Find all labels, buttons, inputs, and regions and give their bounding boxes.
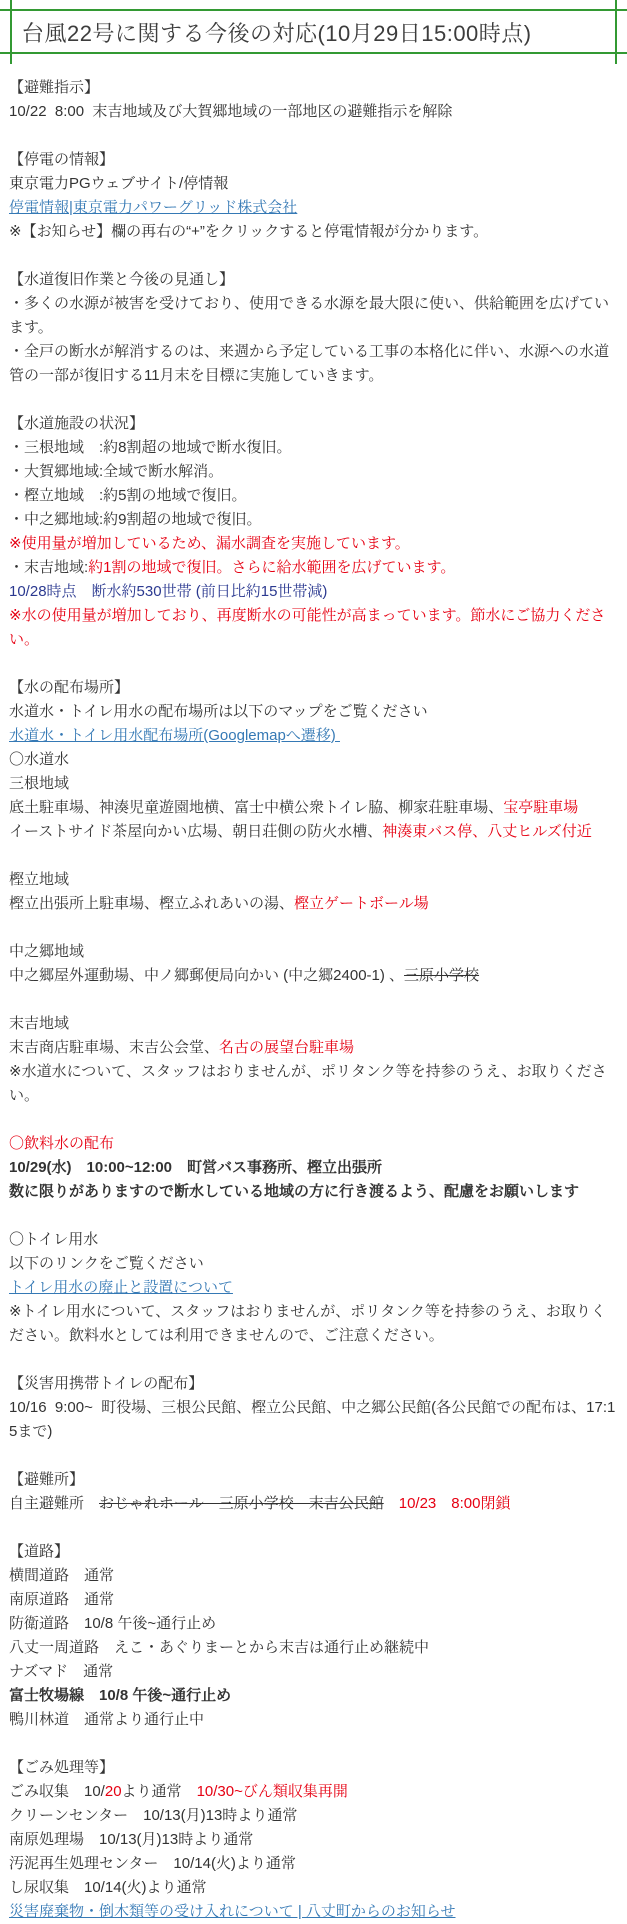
text-segment: 20 <box>105 1783 122 1800</box>
text-line: 八丈一周道路 えこ・あぐりまーとから末吉は通行止め継続中 <box>9 1636 618 1660</box>
text-line: 10/29(水) 10:00~12:00 町営バス事務所、樫立出張所 <box>9 1156 618 1180</box>
title-box-border-right <box>615 0 617 64</box>
text-segment: イーストサイド茶屋向かい広場、朝日荘側の防火水槽、 <box>9 823 382 840</box>
section-roads: 【道路】横間道路 通常南原道路 通常防衛道路 10/8 午後~通行止め八丈一周道… <box>9 1540 618 1732</box>
text-line: 底土駐車場、神湊児童遊園地横、富士中横公衆トイレ脇、柳家荘駐車場、宝亭駐車場 <box>9 796 618 820</box>
text-segment: 10/30~びん類収集再開 <box>197 1783 348 1800</box>
text-line: ・全戸の断水が解消するのは、来週から予定している工事の本格化に伴い、水源への水道… <box>9 340 618 388</box>
text-line: 【災害用携帯トイレの配布】 <box>9 1372 618 1396</box>
text-line: 東京電力PGウェブサイト/停情報 <box>9 172 618 196</box>
text-segment: 三原小学校 <box>404 967 479 984</box>
text-segment: 【災害用携帯トイレの配布】 <box>9 1375 203 1392</box>
text-segment: 【水道復旧作業と今後の見通し】 <box>9 271 234 288</box>
text-segment: 末吉地域 <box>9 1015 69 1032</box>
text-segment: ・末吉地域: <box>9 559 88 576</box>
section-sueyoshi-area: 末吉地域末吉商店駐車場、末吉公会堂、名古の展望台駐車場※水道水について、スタッフ… <box>9 1012 618 1108</box>
content: 【避難指示】10/22 8:00 末吉地域及び大賀郷地域の一部地区の避難指示を解… <box>0 64 627 1924</box>
disaster-waste-link[interactable]: 災害廃棄物・倒木類等の受け入れについて | 八丈町からのお知らせ <box>9 1903 456 1920</box>
text-line: 【停電の情報】 <box>9 148 618 172</box>
section-water-facility-status: 【水道施設の状況】・三根地域 :約8割超の地域で断水復旧。・大賀郷地域:全域で断… <box>9 412 618 652</box>
text-line: 〇飲料水の配布 <box>9 1132 618 1156</box>
title-box-border-left <box>10 0 12 64</box>
text-segment: 〇トイレ用水 <box>9 1231 98 1248</box>
text-segment: 数に限りがありますので断水している地域の方に行き渡るよう、配慮をお願いします <box>9 1183 579 1200</box>
text-segment: 樫立出張所上駐車場、樫立ふれあいの湯、 <box>9 895 294 912</box>
text-segment: ※水道水について、スタッフはおりませんが、ポリタンク等を持参のうえ、お取りくださ… <box>9 1063 607 1104</box>
text-segment: 中之郷屋外運動場、中ノ郷郵便局向かい (中之郷2400-1) 、 <box>9 967 404 984</box>
text-segment: 神湊東バス停、八丈ヒルズ付近 <box>382 823 592 840</box>
text-segment: 10/22 8:00 末吉地域及び大賀郷地域の一部地区の避難指示を解除 <box>9 103 452 120</box>
text-segment: 【ごみ処理等】 <box>9 1759 114 1776</box>
section-drinking-water-distribution: 〇飲料水の配布10/29(水) 10:00~12:00 町営バス事務所、樫立出張… <box>9 1132 618 1204</box>
text-segment: 【水道施設の状況】 <box>9 415 144 432</box>
text-line: ※【お知らせ】欄の再右の“+”をクリックすると停電情報が分かります。 <box>9 220 618 244</box>
text-segment: ・大賀郷地域:全域で断水解消。 <box>9 463 223 480</box>
text-line: 【水道施設の状況】 <box>9 412 618 436</box>
text-line: 【避難所】 <box>9 1468 618 1492</box>
text-line: イーストサイド茶屋向かい広場、朝日荘側の防火水槽、神湊東バス停、八丈ヒルズ付近 <box>9 820 618 844</box>
text-segment: ※【お知らせ】欄の再右の“+”をクリックすると停電情報が分かります。 <box>9 223 488 240</box>
text-line: 富士牧場線 10/8 午後~通行止め <box>9 1684 618 1708</box>
section-portable-toilet-distribution: 【災害用携帯トイレの配布】10/16 9:00~ 町役場、三根公民館、樫立公民館… <box>9 1372 618 1444</box>
text-line: 数に限りがありますので断水している地域の方に行き渡るよう、配慮をお願いします <box>9 1180 618 1204</box>
text-line: 南原道路 通常 <box>9 1588 618 1612</box>
text-segment: 中之郷地域 <box>9 943 84 960</box>
text-segment: 汚泥再生処理センター 10/14(火)より通常 <box>9 1855 296 1872</box>
text-segment: 富士牧場線 10/8 午後~通行止め <box>9 1687 231 1704</box>
page: 台風22号に関する今後の対応(10月29日15:00時点) 【避難指示】10/2… <box>0 0 627 1924</box>
text-segment: 南原処理場 10/13(月)13時より通常 <box>9 1831 253 1848</box>
text-line: 防衛道路 10/8 午後~通行止め <box>9 1612 618 1636</box>
text-line: ・大賀郷地域:全域で断水解消。 <box>9 460 618 484</box>
section-garbage-processing: 【ごみ処理等】ごみ収集 10/20より通常 10/30~びん類収集再開クリーンセ… <box>9 1756 618 1924</box>
text-segment: ※使用量が増加しているため、漏水調査を実施しています。 <box>9 535 410 552</box>
text-segment: 【停電の情報】 <box>9 151 114 168</box>
title-box-border-bottom <box>0 52 627 54</box>
text-line: 水道水・トイレ用水の配布場所は以下のマップをご覧ください <box>9 700 618 724</box>
text-line: し尿収集 10/14(火)より通常 <box>9 1876 618 1900</box>
text-segment: ・中之郷地域:約9割超の地域で復旧。 <box>9 511 262 528</box>
text-line: ごみ収集 10/20より通常 10/30~びん類収集再開 <box>9 1780 618 1804</box>
text-line: 以下のリンクをご覧ください <box>9 1252 618 1276</box>
text-segment: ・全戸の断水が解消するのは、来週から予定している工事の本格化に伴い、水源への水道… <box>9 343 609 384</box>
text-line: 10/16 9:00~ 町役場、三根公民館、樫立公民館、中之郷公民館(各公民館で… <box>9 1396 618 1444</box>
section-power-outage-info: 【停電の情報】東京電力PGウェブサイト/停情報停電情報|東京電力パワーグリッド株… <box>9 148 618 244</box>
section-nakanogo-area: 中之郷地域中之郷屋外運動場、中ノ郷郵便局向かい (中之郷2400-1) 、三原小… <box>9 940 618 988</box>
text-line: 〇トイレ用水 <box>9 1228 618 1252</box>
text-segment: し尿収集 10/14(火)より通常 <box>9 1879 207 1896</box>
text-line: ・中之郷地域:約9割超の地域で復旧。 <box>9 508 618 532</box>
water-map-link[interactable]: 水道水・トイレ用水配布場所(Googlemapへ遷移) <box>9 727 340 744</box>
text-segment: ・多くの水源が被害を受けており、使用できる水源を最大限に使い、供給範囲を広げてい… <box>9 295 609 336</box>
text-line: 【避難指示】 <box>9 76 618 100</box>
text-line: 自主避難所 おじゃれホール 三原小学校 末吉公民館 10/23 8:00閉鎖 <box>9 1492 618 1516</box>
text-line: 末吉地域 <box>9 1012 618 1036</box>
text-line: 汚泥再生処理センター 10/14(火)より通常 <box>9 1852 618 1876</box>
text-segment: 10/16 9:00~ 町役場、三根公民館、樫立公民館、中之郷公民館(各公民館で… <box>9 1399 615 1440</box>
text-line: 水道水・トイレ用水配布場所(Googlemapへ遷移) <box>9 724 618 748</box>
text-segment: 10/29(水) 10:00~12:00 町営バス事務所、樫立出張所 <box>9 1159 382 1176</box>
text-line: 【水道復旧作業と今後の見通し】 <box>9 268 618 292</box>
text-line: 災害廃棄物・倒木類等の受け入れについて | 八丈町からのお知らせ <box>9 1900 618 1924</box>
text-segment: 10/28時点 断水約530世帯 (前日比約15世帯減) <box>9 583 327 600</box>
text-segment: 【水の配布場所】 <box>9 679 129 696</box>
text-line: 三根地域 <box>9 772 618 796</box>
page-title: 台風22号に関する今後の対応(10月29日15:00時点) <box>22 17 532 48</box>
title-box-border-top <box>0 9 627 11</box>
text-segment: 宝亭駐車場 <box>503 799 578 816</box>
text-line: 中之郷地域 <box>9 940 618 964</box>
text-segment: ※水の使用量が増加しており、再度断水の可能性が高まっています。節水にご協力くださ… <box>9 607 605 648</box>
text-line: 南原処理場 10/13(月)13時より通常 <box>9 1828 618 1852</box>
text-segment: 以下のリンクをご覧ください <box>9 1255 204 1272</box>
text-segment: 底土駐車場、神湊児童遊園地横、富士中横公衆トイレ脇、柳家荘駐車場、 <box>9 799 503 816</box>
text-line: 10/22 8:00 末吉地域及び大賀郷地域の一部地区の避難指示を解除 <box>9 100 618 124</box>
text-segment: 鴨川林道 通常より通行止中 <box>9 1711 204 1728</box>
text-line: ・樫立地域 :約5割の地域で復旧。 <box>9 484 618 508</box>
text-segment: ・樫立地域 :約5割の地域で復旧。 <box>9 487 247 504</box>
text-segment: 樫立地域 <box>9 871 69 888</box>
section-evacuation-order: 【避難指示】10/22 8:00 末吉地域及び大賀郷地域の一部地区の避難指示を解… <box>9 76 618 124</box>
section-kashitate-area: 樫立地域樫立出張所上駐車場、樫立ふれあいの湯、樫立ゲートボール場 <box>9 868 618 916</box>
text-line: ナズマド 通常 <box>9 1660 618 1684</box>
text-segment: ごみ収集 10/ <box>9 1783 105 1800</box>
text-segment: 〇水道水 <box>9 751 69 768</box>
section-toilet-water: 〇トイレ用水以下のリンクをご覧くださいトイレ用水の廃止と設置について※トイレ用水… <box>9 1228 618 1348</box>
text-line: ※使用量が増加しているため、漏水調査を実施しています。 <box>9 532 618 556</box>
text-segment: 八丈一周道路 えこ・あぐりまーとから末吉は通行止め継続中 <box>9 1639 429 1656</box>
text-line: クリーンセンター 10/13(月)13時より通常 <box>9 1804 618 1828</box>
text-segment: クリーンセンター 10/13(月)13時より通常 <box>9 1807 297 1824</box>
section-shelters: 【避難所】自主避難所 おじゃれホール 三原小学校 末吉公民館 10/23 8:0… <box>9 1468 618 1516</box>
text-segment: 【避難所】 <box>9 1471 84 1488</box>
tepco-outage-link[interactable]: 停電情報|東京電力パワーグリッド株式会社 <box>9 199 297 216</box>
text-line: 停電情報|東京電力パワーグリッド株式会社 <box>9 196 618 220</box>
text-segment: 三根地域 <box>9 775 69 792</box>
text-segment: 自主避難所 <box>9 1495 99 1512</box>
text-segment: 横間道路 通常 <box>9 1567 114 1584</box>
text-line: 〇水道水 <box>9 748 618 772</box>
text-segment: ・三根地域 :約8割超の地域で断水復旧。 <box>9 439 292 456</box>
text-segment: 水道水・トイレ用水の配布場所は以下のマップをご覧ください <box>9 703 428 720</box>
text-segment: 東京電力PGウェブサイト/停情報 <box>9 175 228 192</box>
section-water-restoration-outlook: 【水道復旧作業と今後の見通し】・多くの水源が被害を受けており、使用できる水源を最… <box>9 268 618 388</box>
text-line: ※水道水について、スタッフはおりませんが、ポリタンク等を持参のうえ、お取りくださ… <box>9 1060 618 1108</box>
text-line: ・末吉地域:約1割の地域で復旧。さらに給水範囲を広げています。 <box>9 556 618 580</box>
text-segment: 南原道路 通常 <box>9 1591 114 1608</box>
section-water-distribution-map: 【水の配布場所】水道水・トイレ用水の配布場所は以下のマップをご覧ください水道水・… <box>9 676 618 844</box>
text-line: ※水の使用量が増加しており、再度断水の可能性が高まっています。節水にご協力くださ… <box>9 604 618 652</box>
text-segment: 10/23 8:00閉鎖 <box>399 1495 511 1512</box>
title-box: 台風22号に関する今後の対応(10月29日15:00時点) <box>0 0 627 64</box>
text-segment: 防衛道路 10/8 午後~通行止め <box>9 1615 216 1632</box>
text-segment: 末吉商店駐車場、末吉公会堂、 <box>9 1039 219 1056</box>
text-line: 中之郷屋外運動場、中ノ郷郵便局向かい (中之郷2400-1) 、三原小学校 <box>9 964 618 988</box>
text-line: ・三根地域 :約8割超の地域で断水復旧。 <box>9 436 618 460</box>
text-segment: 【道路】 <box>9 1543 69 1560</box>
toilet-water-link[interactable]: トイレ用水の廃止と設置について <box>9 1279 233 1296</box>
text-line: 末吉商店駐車場、末吉公会堂、名古の展望台駐車場 <box>9 1036 618 1060</box>
text-line: ・多くの水源が被害を受けており、使用できる水源を最大限に使い、供給範囲を広げてい… <box>9 292 618 340</box>
text-segment: 名古の展望台駐車場 <box>219 1039 354 1056</box>
text-line: ※トイレ用水について、スタッフはおりませんが、ポリタンク等を持参のうえ、お取りく… <box>9 1300 618 1348</box>
text-line: 【道路】 <box>9 1540 618 1564</box>
text-segment: ナズマド 通常 <box>9 1663 113 1680</box>
text-segment <box>384 1495 399 1512</box>
text-line: 10/28時点 断水約530世帯 (前日比約15世帯減) <box>9 580 618 604</box>
text-segment: 約1割の地域で復旧。さらに給水範囲を広げています。 <box>88 559 455 576</box>
text-line: 樫立地域 <box>9 868 618 892</box>
text-segment: より通常 <box>122 1783 197 1800</box>
text-segment: 〇飲料水の配布 <box>9 1135 114 1152</box>
text-line: 【水の配布場所】 <box>9 676 618 700</box>
text-line: 鴨川林道 通常より通行止中 <box>9 1708 618 1732</box>
text-segment: 【避難指示】 <box>9 79 99 96</box>
text-line: トイレ用水の廃止と設置について <box>9 1276 618 1300</box>
text-line: 【ごみ処理等】 <box>9 1756 618 1780</box>
text-segment: ※トイレ用水について、スタッフはおりませんが、ポリタンク等を持参のうえ、お取りく… <box>9 1303 606 1344</box>
text-line: 樫立出張所上駐車場、樫立ふれあいの湯、樫立ゲートボール場 <box>9 892 618 916</box>
text-line: 横間道路 通常 <box>9 1564 618 1588</box>
text-segment: おじゃれホール 三原小学校 末吉公民館 <box>99 1495 384 1512</box>
text-segment: 樫立ゲートボール場 <box>294 895 429 912</box>
